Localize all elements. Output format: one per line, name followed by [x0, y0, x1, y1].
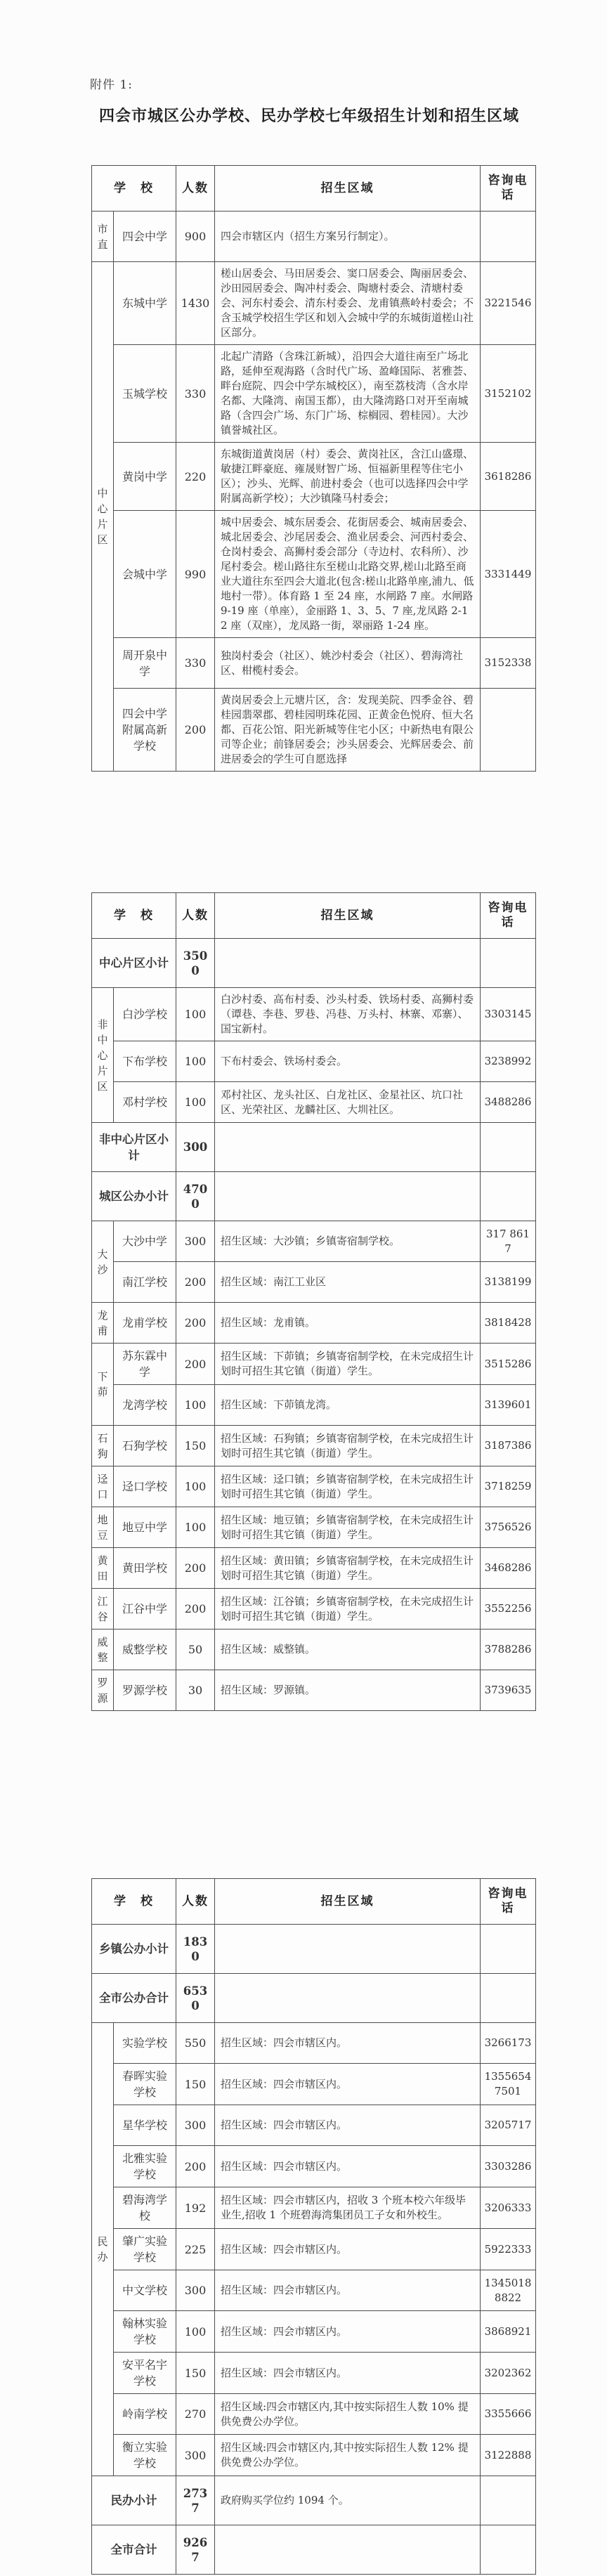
enrollment-region: 政府购买学位约 1094 个。: [215, 2476, 481, 2525]
col-header-count: 人数: [176, 1879, 215, 1925]
subtotal-label: 全市合计: [92, 2525, 176, 2575]
contact-phone: 3221546: [481, 262, 536, 345]
student-count: 3500: [176, 939, 215, 988]
table-row: 龙甫龙甫学校200招生区域：龙甫镇。3818428: [92, 1303, 536, 1344]
table-row: 迳口迳口学校100招生区域：迳口镇；乡镇寄宿制学校，在未完成招生计划时可招生其它…: [92, 1466, 536, 1507]
student-count: 200: [176, 1344, 215, 1385]
enrollment-region: 北起广清路（含珠江新城），沿四会大道往南至广场北路，延伸至观海路（含时代广场、盈…: [215, 345, 481, 443]
student-count: 200: [176, 1548, 215, 1589]
student-count: 220: [176, 443, 215, 511]
student-count: 50: [176, 1629, 215, 1670]
contact-phone: 3303286: [481, 2146, 536, 2187]
enrollment-region: [215, 1974, 481, 2023]
table-row: 乡镇公办小计1830: [92, 1925, 536, 1974]
table-row: 碧海湾学校192招生区域：四会市辖区内，招收 3 个班本校六年级毕业生,招收 1…: [92, 2187, 536, 2229]
col-header-region: 招生区域: [215, 1879, 481, 1925]
table-row: 周开泉中学330独岗村委会（社区）、姚沙村委会（社区）、碧海湾社区、柑榄村委会。…: [92, 638, 536, 689]
student-count: 100: [176, 1041, 215, 1082]
enrollment-region: [215, 1925, 481, 1974]
table-row: 黄岗中学220东城街道黄岗居（村）委会、黄岗社区，含江山盛璟、敏捷江畔豪庭、雍晟…: [92, 443, 536, 511]
contact-phone: [481, 1123, 536, 1172]
student-count: 1430: [176, 262, 215, 345]
enrollment-region: 招生区域：大沙镇；乡镇寄宿制学校。: [215, 1221, 481, 1262]
col-header-phone: 咨询电话: [481, 166, 536, 212]
col-header-phone: 咨询电话: [481, 893, 536, 939]
table-header-row: 学 校 人数 招生区域 咨询电话: [92, 166, 536, 212]
table-row: 中心片区东城中学1430槎山居委会、马田居委会、窦口居委会、陶丽居委会、沙田园居…: [92, 262, 536, 345]
table-row: 大沙大沙中学300招生区域：大沙镇；乡镇寄宿制学校。317 8617: [92, 1221, 536, 1262]
school-name: 翰林实验学校: [114, 2311, 176, 2353]
table-row: 非中心片区小计300: [92, 1123, 536, 1172]
table-row: 地豆地豆中学100招生区域：地豆镇；乡镇寄宿制学校，在未完成招生计划时可招生其它…: [92, 1507, 536, 1548]
district-group-label: 黄田: [92, 1548, 114, 1589]
contact-phone: 5922333: [481, 2229, 536, 2270]
table-row: 四会中学附属高新学校200黄岗居委会上元塘片区，含：发现美院、四季金谷、碧桂园翡…: [92, 689, 536, 772]
table-row: 玉城学校330北起广清路（含珠江新城），沿四会大道往南至广场北路，延伸至观海路（…: [92, 345, 536, 443]
subtotal-label: 非中心片区小计: [92, 1123, 176, 1172]
enrollment-region: 招生区域：四会市辖区内。: [215, 2146, 481, 2187]
contact-phone: 3488286: [481, 1082, 536, 1123]
table-header-row: 学 校 人数 招生区域 咨询电话: [92, 1879, 536, 1925]
contact-phone: 3303145: [481, 988, 536, 1041]
student-count: 990: [176, 511, 215, 638]
district-group-label: 石狗: [92, 1426, 114, 1466]
contact-phone: 3152102: [481, 345, 536, 443]
enrollment-table-private: 学 校 人数 招生区域 咨询电话 乡镇公办小计1830全市公办合计6530民办实…: [91, 1878, 536, 2575]
student-count: 2737: [176, 2476, 215, 2525]
district-group-label: 市直: [92, 212, 114, 262]
subtotal-label: 民办小计: [92, 2476, 176, 2525]
school-name: 罗源学校: [114, 1670, 176, 1711]
attachment-label: 附件 1:: [90, 74, 607, 92]
enrollment-region: 招生区域：四会市辖区内。: [215, 2105, 481, 2146]
district-group-label: 江谷: [92, 1589, 114, 1629]
school-name: 碧海湾学校: [114, 2187, 176, 2229]
contact-phone: 3187386: [481, 1426, 536, 1466]
table-row: 南江学校200招生区域：南江工业区3138199: [92, 1262, 536, 1303]
student-count: 300: [176, 1221, 215, 1262]
school-name: 东城中学: [114, 262, 176, 345]
school-name: 实验学校: [114, 2023, 176, 2064]
district-group-label: 下茆: [92, 1344, 114, 1426]
contact-phone: 3139601: [481, 1385, 536, 1426]
contact-phone: [481, 1925, 536, 1974]
enrollment-region: 招生区域：地豆镇；乡镇寄宿制学校，在未完成招生计划时可招生其它镇（街道）学生。: [215, 1507, 481, 1548]
enrollment-region: 招生区域：龙甫镇。: [215, 1303, 481, 1344]
table-row: 中文学校300招生区域：四会市辖区内。13450188822: [92, 2270, 536, 2311]
school-name: 江谷中学: [114, 1589, 176, 1629]
contact-phone: 3756526: [481, 1507, 536, 1548]
school-name: 龙甫学校: [114, 1303, 176, 1344]
contact-phone: [481, 689, 536, 772]
col-header-school: 学 校: [92, 893, 176, 939]
school-name: 春晖实验学校: [114, 2064, 176, 2105]
enrollment-region: 招生区域：四会市辖区内，招收 3 个班本校六年级毕业生,招收 1 个班碧海湾集团…: [215, 2187, 481, 2229]
school-name: 北雅实验学校: [114, 2146, 176, 2187]
enrollment-region: 招生区域:四会市辖区内,其中按实际招生人数 12% 提供免费公办学位。: [215, 2435, 481, 2476]
table-row: 民办实验学校550招生区域：四会市辖区内。3266173: [92, 2023, 536, 2064]
district-group-label: 大沙: [92, 1221, 114, 1303]
school-name: 周开泉中学: [114, 638, 176, 689]
school-name: 黄田学校: [114, 1548, 176, 1589]
enrollment-region: 招生区域：黄田镇；乡镇寄宿制学校，在未完成招生计划时可招生其它镇（街道）学生。: [215, 1548, 481, 1589]
contact-phone: 317 8617: [481, 1221, 536, 1262]
table-row: 肇广实验学校225招生区域：四会市辖区内。5922333: [92, 2229, 536, 2270]
enrollment-region: 招生区域：四会市辖区内。: [215, 2064, 481, 2105]
table-row: 全市公办合计6530: [92, 1974, 536, 2023]
school-name: 龙湾学校: [114, 1385, 176, 1426]
enrollment-region: [215, 939, 481, 988]
table-row: 中心片区小计3500: [92, 939, 536, 988]
contact-phone: 3868921: [481, 2311, 536, 2353]
contact-phone: 3818428: [481, 1303, 536, 1344]
table-row: 翰林实验学校100招生区域：四会市辖区内。3868921: [92, 2311, 536, 2353]
enrollment-region: 招生区域：下茆镇龙湾。: [215, 1385, 481, 1426]
school-name: 黄岗中学: [114, 443, 176, 511]
district-group-label: 威整: [92, 1629, 114, 1670]
student-count: 200: [176, 2146, 215, 2187]
school-name: 中文学校: [114, 2270, 176, 2311]
school-name: 邓村学校: [114, 1082, 176, 1123]
table-row: 江谷江谷中学200招生区域：江谷镇；乡镇寄宿制学校，在未完成招生计划时可招生其它…: [92, 1589, 536, 1629]
table-row: 非中心片区白沙学校100白沙村委、高布村委、沙头村委、铁场村委、高狮村委（谭巷、…: [92, 988, 536, 1041]
contact-phone: 3205717: [481, 2105, 536, 2146]
contact-phone: 3238992: [481, 1041, 536, 1082]
district-group-label: 地豆: [92, 1507, 114, 1548]
student-count: 550: [176, 2023, 215, 2064]
table-row: 会城中学990城中居委会、城东居委会、花街居委会、城南居委会、城北居委会、沙尾居…: [92, 511, 536, 638]
contact-phone: 3355666: [481, 2394, 536, 2435]
enrollment-region: 招生区域：四会市辖区内。: [215, 2353, 481, 2394]
enrollment-region: 槎山居委会、马田居委会、窦口居委会、陶丽居委会、沙田园居委会、陶冲村委会、陶塘村…: [215, 262, 481, 345]
contact-phone: [481, 1974, 536, 2023]
student-count: 300: [176, 2435, 215, 2476]
contact-phone: 3618286: [481, 443, 536, 511]
school-name: 安平名宇学校: [114, 2353, 176, 2394]
school-name: 下布学校: [114, 1041, 176, 1082]
student-count: 100: [176, 1466, 215, 1507]
school-name: 迳口学校: [114, 1466, 176, 1507]
contact-phone: [481, 939, 536, 988]
school-name: 岭南学校: [114, 2394, 176, 2435]
school-name: 地豆中学: [114, 1507, 176, 1548]
student-count: 300: [176, 1123, 215, 1172]
enrollment-region: 四会市辖区内（招生方案另行制定）。: [215, 212, 481, 262]
student-count: 200: [176, 1303, 215, 1344]
school-name: 白沙学校: [114, 988, 176, 1041]
student-count: 100: [176, 1082, 215, 1123]
contact-phone: 3138199: [481, 1262, 536, 1303]
enrollment-region: 白沙村委、高布村委、沙头村委、铁场村委、高狮村委（谭巷、李巷、罗巷、冯巷、万头村…: [215, 988, 481, 1041]
contact-phone: 3515286: [481, 1344, 536, 1385]
school-name: 威整学校: [114, 1629, 176, 1670]
student-count: 200: [176, 1589, 215, 1629]
school-name: 四会中学: [114, 212, 176, 262]
school-name: 会城中学: [114, 511, 176, 638]
enrollment-region: [215, 2525, 481, 2575]
table-row: 威整威整学校50招生区域：威整镇。3788286: [92, 1629, 536, 1670]
col-header-region: 招生区域: [215, 893, 481, 939]
enrollment-region: 邓村社区、龙头社区、白龙社区、金星社区、坑口社区、光荣社区、龙麟社区、大圳社区。: [215, 1082, 481, 1123]
enrollment-region: 招生区域：四会市辖区内。: [215, 2023, 481, 2064]
table-row: 民办小计2737政府购买学位约 1094 个。: [92, 2476, 536, 2525]
district-group-label: 罗源: [92, 1670, 114, 1711]
school-name: 四会中学附属高新学校: [114, 689, 176, 772]
contact-phone: 3266173: [481, 2023, 536, 2064]
enrollment-region: 招生区域：四会市辖区内。: [215, 2270, 481, 2311]
district-group-label: 中心片区: [92, 262, 114, 772]
student-count: 300: [176, 2105, 215, 2146]
table-row: 北雅实验学校200招生区域：四会市辖区内。3303286: [92, 2146, 536, 2187]
student-count: 330: [176, 345, 215, 443]
col-header-region: 招生区域: [215, 166, 481, 212]
contact-phone: 13450188822: [481, 2270, 536, 2311]
student-count: 200: [176, 1262, 215, 1303]
table-header-row: 学 校 人数 招生区域 咨询电话: [92, 893, 536, 939]
table-row: 岭南学校270招生区域:四会市辖区内,其中按实际招生人数 10% 提供免费公办学…: [92, 2394, 536, 2435]
student-count: 900: [176, 212, 215, 262]
table-row: 安平名宇学校150招生区域：四会市辖区内。3202362: [92, 2353, 536, 2394]
col-header-school: 学 校: [92, 1879, 176, 1925]
enrollment-table-city: 学 校 人数 招生区域 咨询电话 市直四会中学900四会市辖区内（招生方案另行制…: [91, 165, 536, 772]
table-row: 衡立实验学校300招生区域:四会市辖区内,其中按实际招生人数 12% 提供免费公…: [92, 2435, 536, 2476]
document-page: 附件 1: 四会市城区公办学校、民办学校七年级招生计划和招生区域 学 校 人数 …: [0, 0, 607, 2575]
col-header-count: 人数: [176, 166, 215, 212]
contact-phone: 3739635: [481, 1670, 536, 1711]
student-count: 330: [176, 638, 215, 689]
contact-phone: 3788286: [481, 1629, 536, 1670]
school-name: 石狗学校: [114, 1426, 176, 1466]
student-count: 100: [176, 988, 215, 1041]
student-count: 1830: [176, 1925, 215, 1974]
enrollment-region: 下布村委会、铁场村委会。: [215, 1041, 481, 1082]
table-row: 下布学校100下布村委会、铁场村委会。3238992: [92, 1041, 536, 1082]
enrollment-region: 独岗村委会（社区）、姚沙村委会（社区）、碧海湾社区、柑榄村委会。: [215, 638, 481, 689]
table-row: 石狗石狗学校150招生区域：石狗镇；乡镇寄宿制学校，在未完成招生计划时可招生其它…: [92, 1426, 536, 1466]
contact-phone: 3202362: [481, 2353, 536, 2394]
enrollment-region: [215, 1172, 481, 1221]
enrollment-region: 东城街道黄岗居（村）委会、黄岗社区，含江山盛璟、敏捷江畔豪庭、雍晟财智广场、恒福…: [215, 443, 481, 511]
contact-phone: [481, 2476, 536, 2525]
enrollment-region: 招生区域:四会市辖区内,其中按实际招生人数 10% 提供免费公办学位。: [215, 2394, 481, 2435]
contact-phone: 3552256: [481, 1589, 536, 1629]
enrollment-region: 城中居委会、城东居委会、花街居委会、城南居委会、城北居委会、沙尾居委会、渔业居委…: [215, 511, 481, 638]
district-group-label: 非中心片区: [92, 988, 114, 1123]
table-row: 星华学校300招生区域：四会市辖区内。3205717: [92, 2105, 536, 2146]
contact-phone: [481, 1172, 536, 1221]
contact-phone: 3718259: [481, 1466, 536, 1507]
school-name: 大沙中学: [114, 1221, 176, 1262]
student-count: 100: [176, 2311, 215, 2353]
page-title: 四会市城区公办学校、民办学校七年级招生计划和招生区域: [84, 103, 534, 129]
table-row: 下茆苏东霖中学200招生区域：下茆镇；乡镇寄宿制学校，在未完成招生计划时可招生其…: [92, 1344, 536, 1385]
school-name: 衡立实验学校: [114, 2435, 176, 2476]
subtotal-label: 城区公办小计: [92, 1172, 176, 1221]
subtotal-label: 乡镇公办小计: [92, 1925, 176, 1974]
contact-phone: 3331449: [481, 511, 536, 638]
student-count: 150: [176, 2064, 215, 2105]
subtotal-label: 全市公办合计: [92, 1974, 176, 2023]
contact-phone: 3468286: [481, 1548, 536, 1589]
table-row: 黄田黄田学校200招生区域：黄田镇；乡镇寄宿制学校，在未完成招生计划时可招生其它…: [92, 1548, 536, 1589]
contact-phone: 3206333: [481, 2187, 536, 2229]
student-count: 100: [176, 1507, 215, 1548]
enrollment-region: 招生区域：四会市辖区内。: [215, 2311, 481, 2353]
enrollment-region: 招生区域：罗源镇。: [215, 1670, 481, 1711]
enrollment-region: 招生区域：迳口镇；乡镇寄宿制学校，在未完成招生计划时可招生其它镇（街道）学生。: [215, 1466, 481, 1507]
district-group-label: 民办: [92, 2023, 114, 2476]
enrollment-region: [215, 1123, 481, 1172]
col-header-count: 人数: [176, 893, 215, 939]
table-row: 春晖实验学校150招生区域：四会市辖区内。13556547501: [92, 2064, 536, 2105]
col-header-school: 学 校: [92, 166, 176, 212]
table-row: 城区公办小计4700: [92, 1172, 536, 1221]
student-count: 192: [176, 2187, 215, 2229]
subtotal-label: 中心片区小计: [92, 939, 176, 988]
enrollment-region: 招生区域：南江工业区: [215, 1262, 481, 1303]
student-count: 9267: [176, 2525, 215, 2575]
table-row: 市直四会中学900四会市辖区内（招生方案另行制定）。: [92, 212, 536, 262]
enrollment-region: 招生区域：石狗镇；乡镇寄宿制学校，在未完成招生计划时可招生其它镇（街道）学生。: [215, 1426, 481, 1466]
contact-phone: 3152338: [481, 638, 536, 689]
student-count: 300: [176, 2270, 215, 2311]
enrollment-table-town: 学 校 人数 招生区域 咨询电话 中心片区小计3500非中心片区白沙学校100白…: [91, 892, 536, 1711]
school-name: 苏东霖中学: [114, 1344, 176, 1385]
student-count: 225: [176, 2229, 215, 2270]
enrollment-region: 黄岗居委会上元塘片区，含：发现美院、四季金谷、碧桂园翡翠郡、碧桂园明珠花园、正黄…: [215, 689, 481, 772]
student-count: 150: [176, 1426, 215, 1466]
student-count: 6530: [176, 1974, 215, 2023]
school-name: 肇广实验学校: [114, 2229, 176, 2270]
contact-phone: [481, 2525, 536, 2575]
student-count: 200: [176, 689, 215, 772]
contact-phone: [481, 212, 536, 262]
district-group-label: 龙甫: [92, 1303, 114, 1344]
school-name: 星华学校: [114, 2105, 176, 2146]
table-row: 全市合计9267: [92, 2525, 536, 2575]
enrollment-region: 招生区域：威整镇。: [215, 1629, 481, 1670]
contact-phone: 3122888: [481, 2435, 536, 2476]
table-row: 邓村学校100邓村社区、龙头社区、白龙社区、金星社区、坑口社区、光荣社区、龙麟社…: [92, 1082, 536, 1123]
student-count: 100: [176, 1385, 215, 1426]
student-count: 4700: [176, 1172, 215, 1221]
table-row: 罗源罗源学校30招生区域：罗源镇。3739635: [92, 1670, 536, 1711]
district-group-label: 迳口: [92, 1466, 114, 1507]
enrollment-region: 招生区域：江谷镇；乡镇寄宿制学校，在未完成招生计划时可招生其它镇（街道）学生。: [215, 1589, 481, 1629]
enrollment-region: 招生区域：下茆镇；乡镇寄宿制学校，在未完成招生计划时可招生其它镇（街道）学生。: [215, 1344, 481, 1385]
student-count: 30: [176, 1670, 215, 1711]
table-row: 龙湾学校100招生区域：下茆镇龙湾。3139601: [92, 1385, 536, 1426]
enrollment-region: 招生区域：四会市辖区内。: [215, 2229, 481, 2270]
school-name: 玉城学校: [114, 345, 176, 443]
student-count: 270: [176, 2394, 215, 2435]
school-name: 南江学校: [114, 1262, 176, 1303]
student-count: 150: [176, 2353, 215, 2394]
col-header-phone: 咨询电话: [481, 1879, 536, 1925]
contact-phone: 13556547501: [481, 2064, 536, 2105]
